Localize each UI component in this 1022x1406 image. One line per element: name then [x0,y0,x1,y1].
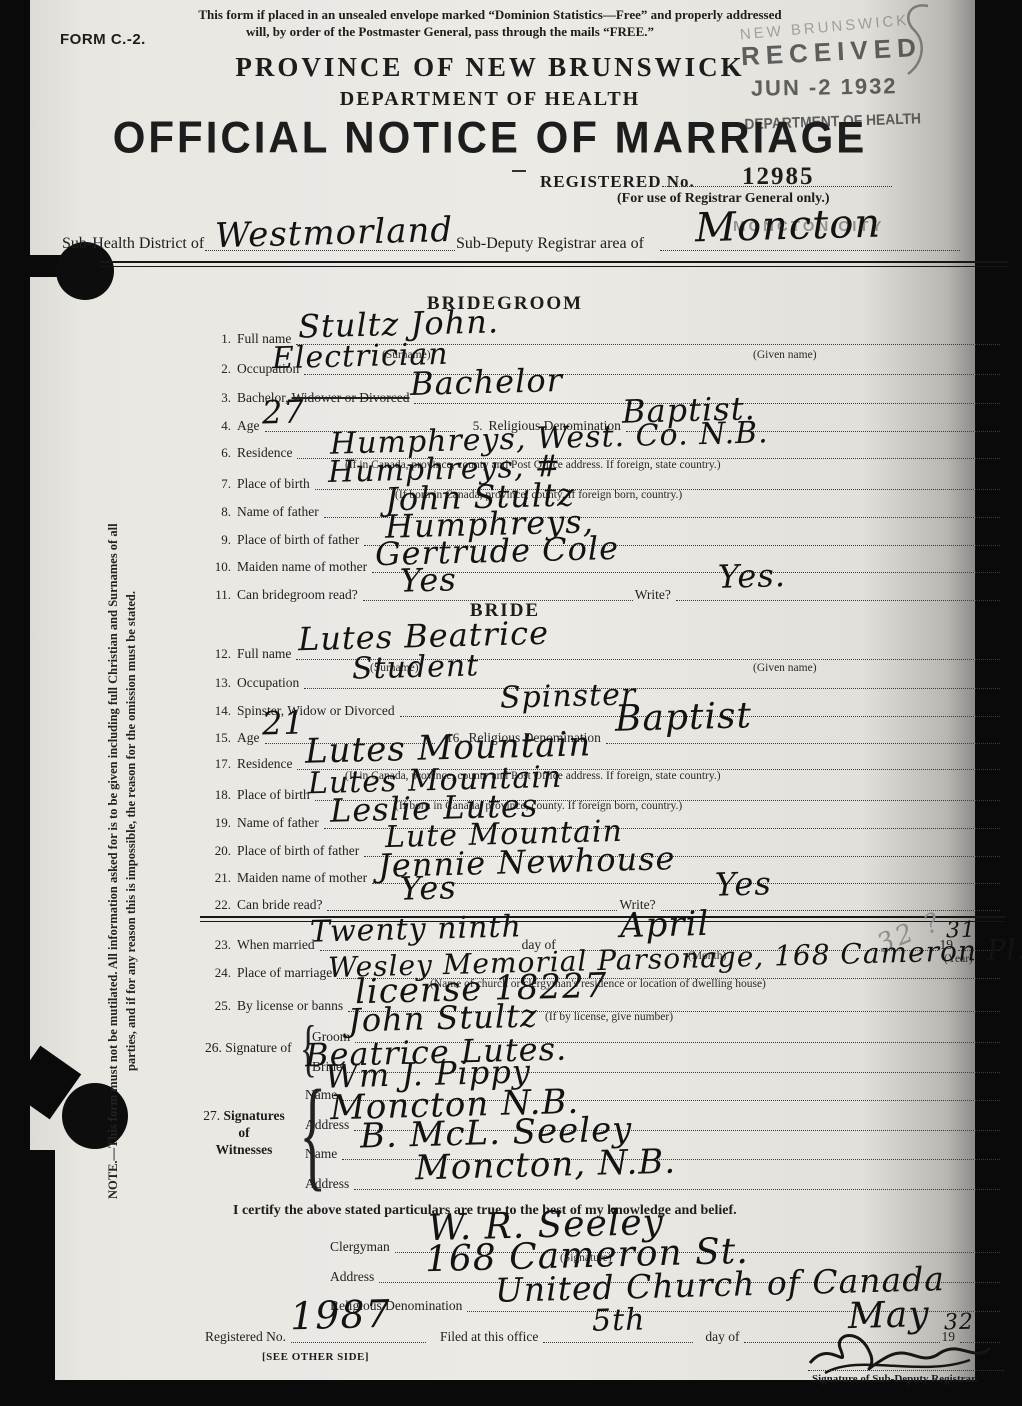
bride-occupation-value: Student [352,651,480,684]
groom-status-value: Bachelor [410,364,564,400]
givenname-sublabel-bride: (Given name) [753,662,817,674]
sub-deputy-area-value: Moncton [695,204,882,249]
sub-deputy-area-label: Sub-Deputy Registrar area of [456,235,644,253]
field-8-father: 8.Name of father [205,503,1002,520]
scanned-marriage-form: This form if placed in an unsealed envel… [0,0,1022,1406]
mutilation-note-vertical: NOTE.—This form must not be mutilated. A… [104,463,140,1199]
see-other-side-note: [SEE OTHER SIDE] [262,1351,369,1363]
bride-write-value: Yes [715,867,773,900]
license-sublabel: (If by license, give number) [545,1011,673,1023]
groom-write-value: Yes. [718,559,787,593]
bride-read-value: Yes [400,871,458,904]
sub-deputy-registrar-label: Signature of Sub-Deputy Registrar. [812,1373,978,1385]
mail-notice-line2: will, by order of the Postmaster General… [130,24,770,40]
sub-deputy-signature-line [808,1370,1004,1371]
when-married-month-value: April [620,907,710,943]
sub-deputy-signature-scrawl [800,1318,1000,1378]
groom-age-value: 27 [262,395,306,428]
witness2-address-value: Moncton, N.B. [415,1145,677,1186]
field-22-read-write: 22.Can bride read? Write? [205,896,1002,913]
registered-no-value: 12985 [742,163,815,191]
footer-registered-no-value: 1987 [290,1295,392,1336]
when-married-day-value: Twenty ninth [310,912,523,948]
header-divider-rule [100,261,1008,267]
sub-health-district-value: Westmorland [215,213,454,253]
department-heading: DEPARTMENT OF HEALTH [120,88,860,111]
bride-age-value: 21 [262,706,306,739]
dash-mark [512,170,526,172]
sub-health-district-label: Sub-Health District of [62,235,204,253]
footer-filed-value: 5th [592,1305,646,1336]
handwritten-s-mark [890,0,940,80]
scan-border-left-lower [0,1150,55,1406]
bridegroom-heading: BRIDEGROOM [205,293,805,315]
form-title: OFFICIAL NOTICE OF MARRIAGE [90,113,890,163]
field-27-label: 27. Signatures of Witnesses [198,1108,290,1159]
bride-religion-value: Baptist [615,698,753,738]
field-26-label: 26. Signature of [205,1040,292,1056]
field-3-status: 3.Bachelor,Widower or Divorced [205,389,1002,406]
registered-no-label: REGISTERED No. [540,172,695,192]
province-heading: PROVINCE OF NEW BRUNSWICK [120,52,860,83]
mail-notice-line1: This form if placed in an unsealed envel… [130,7,850,23]
form-number: FORM C.-2. [60,31,146,48]
groom-read-value: Yes [400,563,458,596]
